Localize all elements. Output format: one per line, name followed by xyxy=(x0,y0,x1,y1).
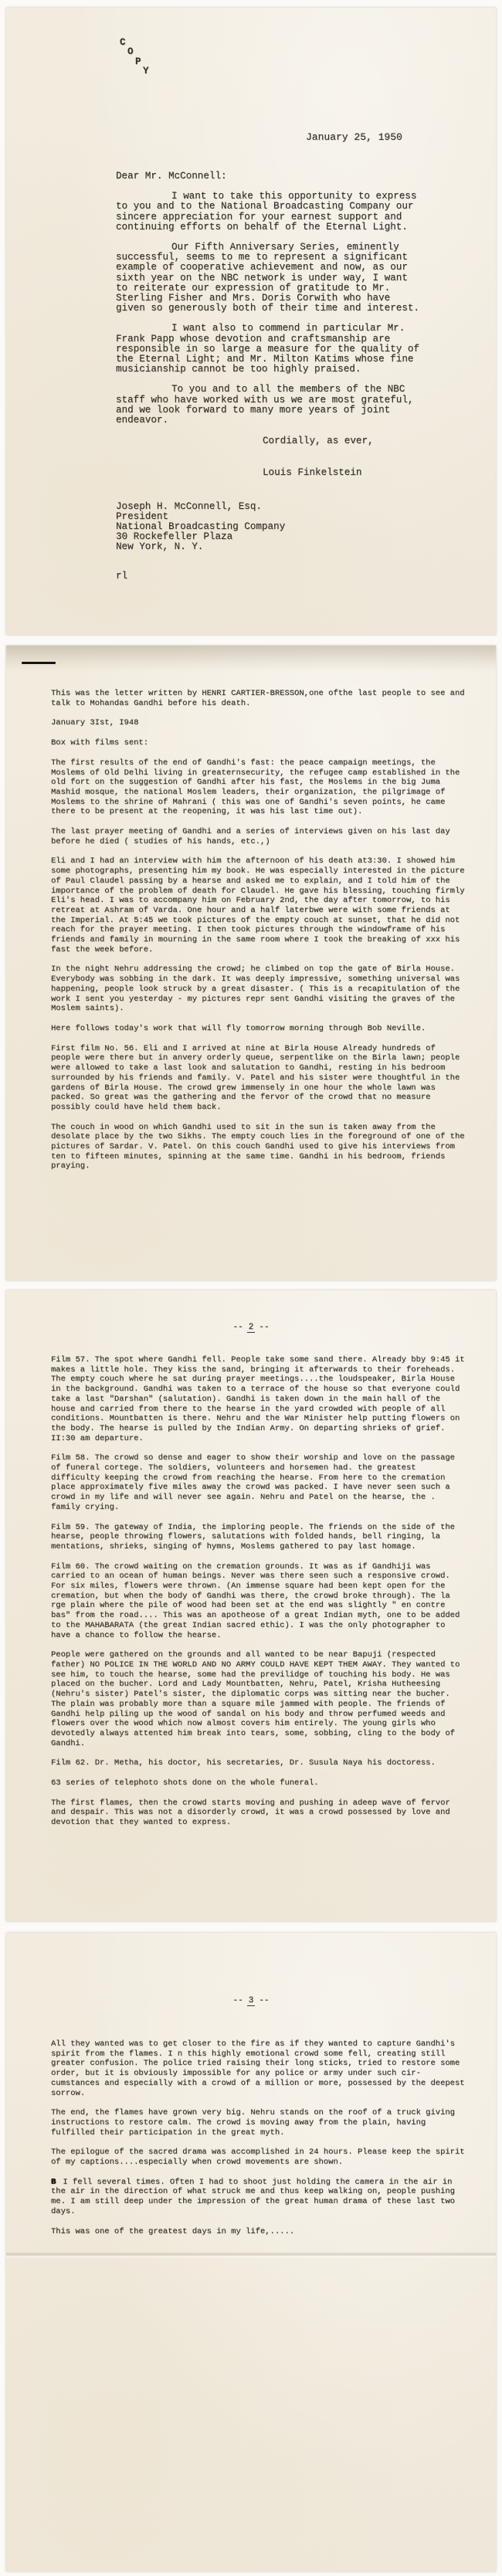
paragraph: The couch in wood on which Gandhi used t… xyxy=(51,1123,468,1172)
dash: -- xyxy=(259,1323,269,1332)
fold-crease xyxy=(6,2252,496,2259)
paragraph: BI fell several times. Often I had to sh… xyxy=(51,2178,468,2217)
copy-letter: O xyxy=(127,46,134,57)
letter-body: Dear Mr. McConnell: I want to take this … xyxy=(116,171,423,581)
letter-body: This was the letter written by HENRI CAR… xyxy=(51,689,468,1181)
copy-stamp: C O P Y xyxy=(120,37,181,86)
letter-date: January 3Ist, I948 xyxy=(51,718,468,728)
overstrike-mark: B xyxy=(51,2178,56,2187)
film-57-paragraph: Film 57. The spot where Gandhi fell. Peo… xyxy=(51,1355,468,1443)
page-number: 2 xyxy=(247,1323,256,1333)
paragraph: Eli and I had an interview with him the … xyxy=(51,856,468,954)
paragraph: The end, the flames have grown very big.… xyxy=(51,2108,468,2137)
letter-sheet-2: This was the letter written by HENRI CAR… xyxy=(6,646,496,1280)
letter-sheet-3: --2-- Film 57. The spot where Gandhi fel… xyxy=(6,1290,496,1921)
salutation: Dear Mr. McConnell: xyxy=(116,171,423,181)
paragraph: The first results of the end of Gandhi's… xyxy=(51,758,468,817)
paragraph: I want to take this opportunity to expre… xyxy=(116,192,423,232)
film-59-paragraph: Film 59. The gateway of India, the implo… xyxy=(51,1523,468,1552)
film-58-paragraph: Film 58. The crowd so dense and eager to… xyxy=(51,1453,468,1512)
letter-sheet-1: C O P Y January 25, 1950 Dear Mr. McConn… xyxy=(6,8,496,635)
intro-note: This was the letter written by HENRI CAR… xyxy=(51,689,468,708)
dash: -- xyxy=(259,1996,269,2005)
paragraph: To you and to all the members of the NBC… xyxy=(116,385,423,425)
ink-mark xyxy=(22,662,56,664)
recipient-block: Joseph H. McConnell, Esq. President Nati… xyxy=(116,502,423,553)
copy-letter: C xyxy=(120,37,126,48)
paragraph: The first flames, then the crowd starts … xyxy=(51,1798,468,1828)
film-62-paragraph: Film 62. Dr. Metha, his doctor, his secr… xyxy=(51,1758,468,1768)
fold-shadow xyxy=(6,646,496,672)
paragraph: All they wanted was to get closer to the… xyxy=(51,2039,468,2098)
paragraph: Our Fifth Anniversary Series, eminently … xyxy=(116,242,423,314)
page-number-header: --3-- xyxy=(6,1996,496,2005)
paragraph: I want also to commend in particular Mr.… xyxy=(116,324,423,375)
letter-body: Film 57. The spot where Gandhi fell. Peo… xyxy=(51,1355,468,1838)
dash: -- xyxy=(232,1323,243,1332)
page-number: 3 xyxy=(247,1996,256,2006)
subject-line: Box with films sent: xyxy=(51,738,468,748)
signature: Louis Finkelstein xyxy=(263,468,423,478)
film-60-paragraph: Film 60. The crowd waiting on the cremat… xyxy=(51,1562,468,1641)
closing: Cordially, as ever, xyxy=(263,436,423,446)
paragraph-text: I fell several times. Often I had to sho… xyxy=(51,2178,455,2216)
paragraph: Here follows today's work that will fly … xyxy=(51,1024,468,1034)
letter-sheet-4: --3-- All they wanted was to get closer … xyxy=(6,1933,496,2571)
recipient-city: New York, N. Y. xyxy=(116,542,423,552)
paragraph: First film No. 56. Eli and I arrived at … xyxy=(51,1044,468,1113)
letter-body: All they wanted was to get closer to the… xyxy=(51,2039,468,2246)
recipient-name: Joseph H. McConnell, Esq. xyxy=(116,502,423,512)
page-number-header: --2-- xyxy=(6,1323,496,1332)
scanned-letters-page: { "page1": { "copy_mark": ["C", "O", "P"… xyxy=(0,0,502,2576)
typist-initials: rl xyxy=(116,571,423,581)
closing-line: This was one of the greatest days in my … xyxy=(51,2227,468,2237)
letter-date: January 25, 1950 xyxy=(306,131,402,143)
copy-letter: Y xyxy=(143,66,149,76)
paragraph: The epilogue of the sacred drama was acc… xyxy=(51,2147,468,2167)
paragraph: People were gathered on the grounds and … xyxy=(51,1650,468,1748)
film-63-paragraph: 63 series of telephoto shots done on the… xyxy=(51,1778,468,1788)
copy-letter: P xyxy=(135,56,141,67)
paragraph: In the night Nehru addressing the crowd;… xyxy=(51,964,468,1014)
dash: -- xyxy=(232,1996,243,2005)
paragraph: The last prayer meeting of Gandhi and a … xyxy=(51,827,468,846)
